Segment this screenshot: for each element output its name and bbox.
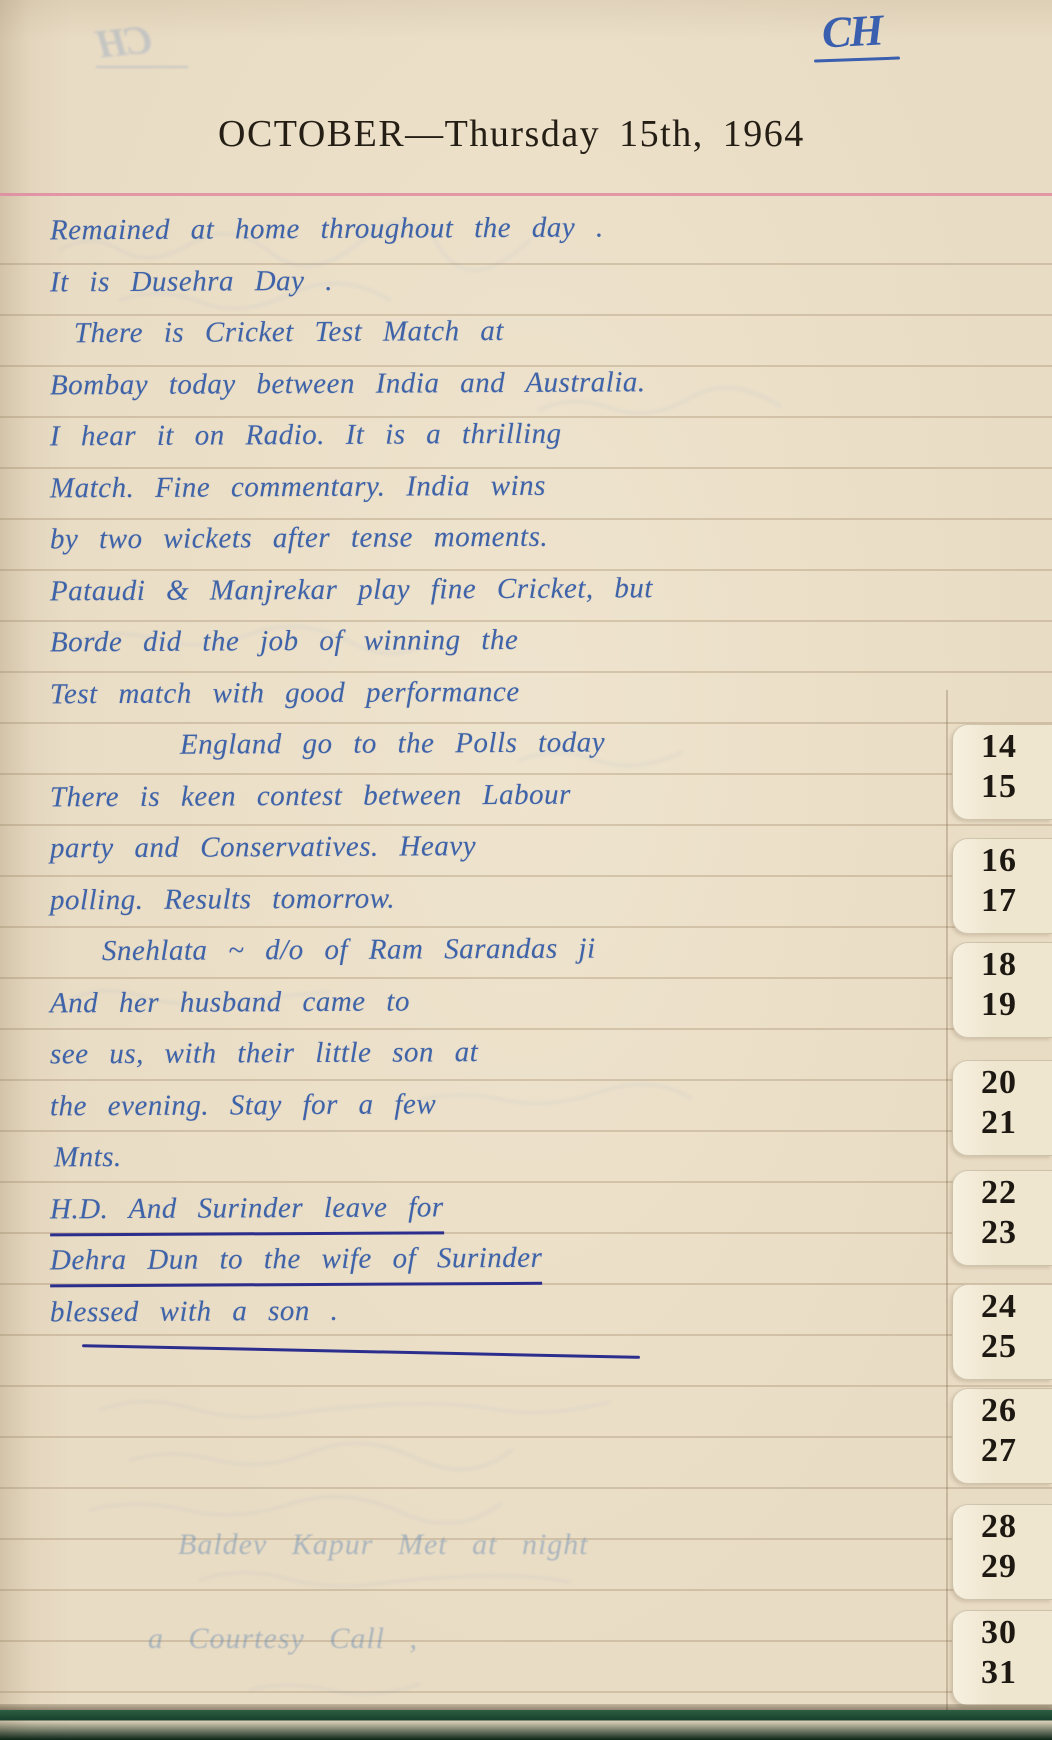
diary-line: party and Conservatives. Heavy — [50, 819, 960, 875]
diary-line: There is keen contest between Labour — [50, 767, 960, 823]
date-tab: 1819 — [952, 942, 1052, 1038]
date-tab-number: 25 — [953, 1327, 1052, 1367]
date-tab-number: 14 — [953, 727, 1052, 767]
diary-page-scan: CH CH OCTOBER—Thursday 15th, 1964 Remain… — [0, 0, 1052, 1740]
date-tab-number: 17 — [953, 881, 1052, 921]
diary-line: blessed with a son . — [50, 1282, 960, 1338]
diary-line: Mnts. — [50, 1128, 960, 1184]
diary-line: England go to the Polls today — [50, 716, 960, 772]
diary-line: I hear it on Radio. It is a thrilling — [50, 407, 960, 463]
diary-line: Remained at home throughout the day . — [50, 201, 960, 257]
date-tab-number: 24 — [953, 1287, 1052, 1327]
date-tab-number: 15 — [953, 767, 1052, 807]
diary-line: Test match with good performance — [50, 664, 960, 720]
date-tab-number: 18 — [953, 945, 1052, 985]
corner-mark-showthrough-underline — [96, 66, 188, 68]
date-tab-number: 23 — [953, 1213, 1052, 1253]
date-tab: 1617 — [952, 838, 1052, 934]
date-tab: 2021 — [952, 1060, 1052, 1156]
date-tab: 2425 — [952, 1284, 1052, 1380]
date-tab: 3031 — [952, 1610, 1052, 1706]
date-tab-number: 30 — [953, 1613, 1052, 1653]
diary-line: the evening. Stay for a few — [50, 1076, 960, 1132]
date-tab-number: 19 — [953, 985, 1052, 1025]
diary-line: polling. Results tomorrow. — [50, 870, 960, 926]
diary-line: Match. Fine commentary. India wins — [50, 458, 960, 514]
date-tab-number: 22 — [953, 1173, 1052, 1213]
diary-line: And her husband came to — [50, 973, 960, 1029]
header-rule — [0, 193, 1052, 196]
date-tab: 2223 — [952, 1170, 1052, 1266]
diary-line: Bombay today between India and Australia… — [50, 355, 960, 411]
faded-line: a Courtesy Call , — [148, 1622, 418, 1656]
date-tab-number: 20 — [953, 1063, 1052, 1103]
page-title: OCTOBER—Thursday 15th, 1964 — [218, 112, 805, 156]
book-cover-edge — [0, 1710, 1052, 1740]
date-tab-number: 28 — [953, 1507, 1052, 1547]
diary-line: Dehra Dun to the wife of Surinder — [50, 1231, 960, 1287]
date-tab-number: 27 — [953, 1431, 1052, 1471]
date-tab-number: 31 — [953, 1653, 1052, 1693]
diary-line: Borde did the job of winning the — [50, 613, 960, 669]
emphasis-underline — [82, 1344, 640, 1359]
date-tab-number: 26 — [953, 1391, 1052, 1431]
date-tab: 1415 — [952, 724, 1052, 820]
date-tab: 2829 — [952, 1504, 1052, 1600]
corner-mark-showthrough: CH — [96, 15, 154, 67]
page-crease — [946, 690, 948, 1720]
diary-line: H.D. And Surinder leave for — [50, 1179, 960, 1235]
diary-line: see us, with their little son at — [50, 1025, 960, 1081]
diary-line: It is Dusehra Day . — [50, 252, 960, 308]
corner-mark: CH — [821, 4, 883, 58]
diary-line: by two wickets after tense moments. — [50, 510, 960, 566]
diary-line: There is Cricket Test Match at — [50, 304, 960, 360]
date-tab-number: 29 — [953, 1547, 1052, 1587]
diary-entry: Remained at home throughout the day .It … — [50, 203, 960, 1336]
diary-line: Pataudi & Manjrekar play fine Cricket, b… — [50, 561, 960, 617]
diary-line: Snehlata ~ d/o of Ram Sarandas ji — [50, 922, 960, 978]
date-tab-number: 16 — [953, 841, 1052, 881]
date-tab-number: 21 — [953, 1103, 1052, 1143]
date-tab: 2627 — [952, 1388, 1052, 1484]
faded-line: Baldev Kapur Met at night — [178, 1528, 589, 1562]
